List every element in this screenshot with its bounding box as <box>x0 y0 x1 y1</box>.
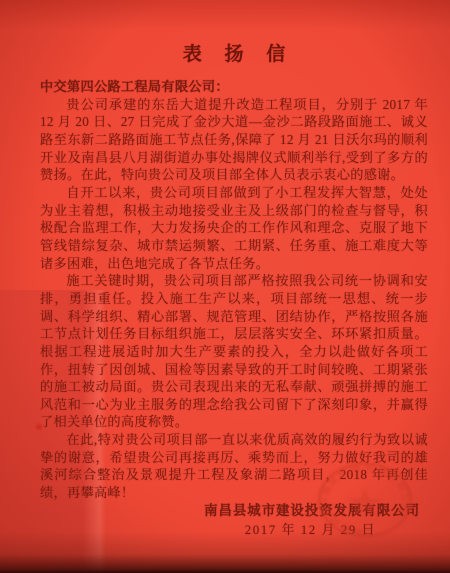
paragraph-4: 在此,特对贵公司项目部一直以来优质高效的履约行为致以诚挚的谢意，希望贵公司再接再… <box>40 431 428 502</box>
letter-body: 表 扬 信 中交第四公路工程局有限公司： 贵公司承建的东岳大道提升改造工程项目，… <box>40 42 428 539</box>
paragraph-1: 贵公司承建的东岳大道提升改造工程项目，分别于 2017 年 12 月 20 日、… <box>40 96 428 184</box>
signature-company: 南昌县城市建设投资发展有限公司 <box>40 502 428 520</box>
commendation-letter-photo: 表 扬 信 中交第四公路工程局有限公司： 贵公司承建的东岳大道提升改造工程项目，… <box>0 0 450 573</box>
ink-smudge <box>35 422 43 432</box>
photo-top-shading <box>0 0 450 30</box>
photo-bottom-shadow <box>0 531 450 573</box>
salutation: 中交第四公路工程局有限公司： <box>40 78 428 96</box>
letter-title: 表 扬 信 <box>40 42 428 68</box>
paragraph-3: 施工关键时期，贵公司项目部严格按照我公司统一协调和安排，勇担重任。投入施工生产以… <box>40 272 428 431</box>
paragraph-2: 自开工以来，贵公司项目部做到了小工程发挥大智慧，处处为业主着想，积极主动地接受业… <box>40 184 428 272</box>
